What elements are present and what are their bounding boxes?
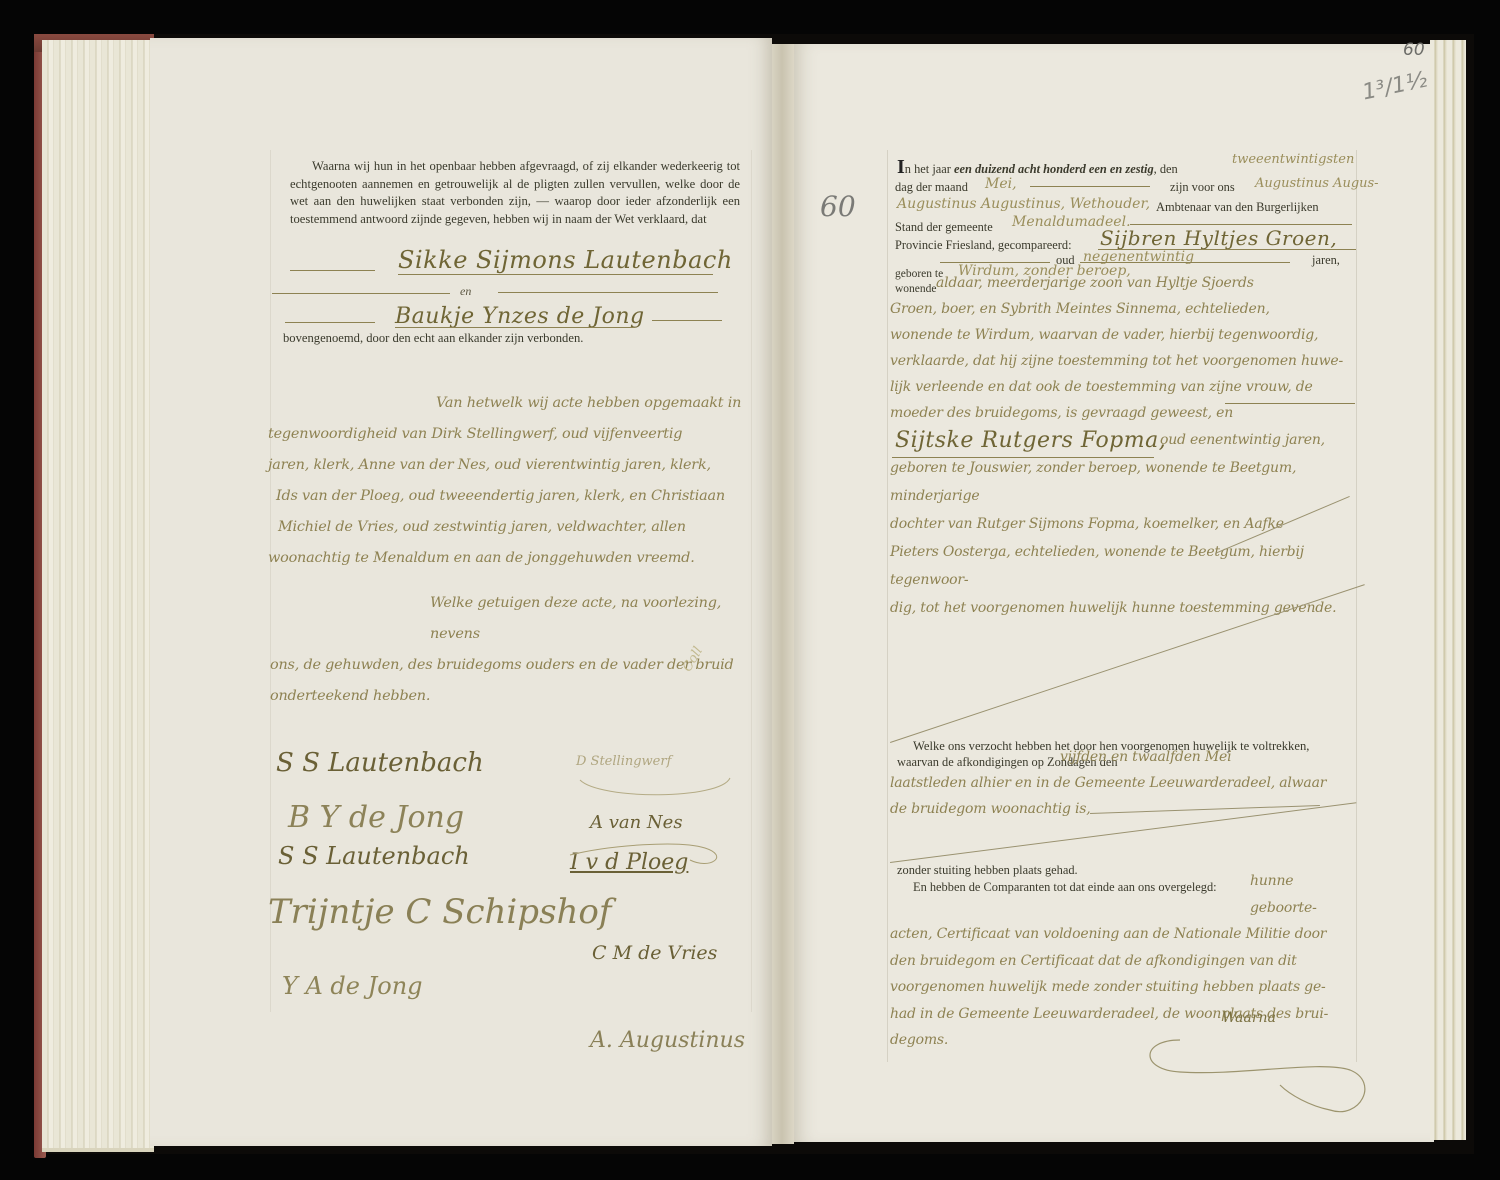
closing-line: ons, de gehuwden, des bruidegoms ouders … [270,650,750,681]
printed-intro-paragraph: Waarna wij hun in het openbaar hebben af… [290,158,740,228]
printed-year: een duizend acht honderd een en zestig [954,162,1154,176]
groom-name-underline [398,274,713,275]
year-label-text: n het jaar [905,162,954,176]
bride-line: oud eenentwintig jaren, [890,426,1355,454]
printed-year-line: IIn het jaarn het jaar een duizend acht … [897,156,1178,179]
banns-line: de bruidegom woonachtig is, [890,796,1355,822]
groom-line: aldaar, meerderjarige zoon van Hyltje Sj… [890,270,1355,296]
groom-name: Sikke Sijmons Lautenbach [398,246,733,274]
page-stack-left [42,40,154,1152]
ambtenaar-label: Ambtenaar van den Burgerlijken [1156,200,1319,215]
signature: C M de Vries [592,942,717,964]
conjunction-en: en [460,284,471,299]
left-text-frame [270,150,752,1012]
day-value: tweeentwintigsten [1232,152,1354,167]
jaren-label: jaren, [1312,253,1340,268]
witness-line: tegenwoordigheid van Dirk Stellingwerf, … [268,419,748,450]
banns-line: laatstleden alhier en in de Gemeente Lee… [890,770,1355,796]
den-label: , den [1154,162,1178,176]
banns-line: vijfden en twaalfden Mei [890,744,1355,770]
day-label: dag der maand [895,180,968,195]
signature: S S Lautenbach [278,842,470,870]
witness-line: Van hetwelk wij acte hebben opgemaakt in [268,388,748,419]
closing-line: Welke getuigen deze acte, na voorlezing,… [270,588,750,650]
signature: B Y de Jong [288,800,464,835]
witness-paragraph: Van hetwelk wij acte hebben opgemaakt in… [268,388,748,574]
groom-line: verklaarde, dat hij zijne toestemming to… [890,348,1355,374]
blank-rule [285,322,375,323]
blank-rule [498,292,718,293]
closing-line: onderteekend hebben. [270,681,750,712]
witness-line: jaren, klerk, Anne van der Nes, oud vier… [268,450,748,481]
bride-line: Pieters Oosterga, echtelieden, wonende t… [890,538,1355,594]
zijn-voor-ons-label: zijn voor ons [1170,180,1235,195]
groom-line: wonende te Wirdum, waarvan de vader, hie… [890,322,1355,348]
signature-flourish [560,760,760,880]
witness-line: Ids van der Ploeg, oud tweeendertig jare… [268,481,748,512]
drop-cap: I [897,156,905,178]
groom-line: Groen, boer, en Sybrith Meintes Sinnema,… [890,296,1355,322]
register-number: 60 [820,190,856,223]
documents-line: acten, Certificaat van voldoening aan de… [890,921,1355,948]
blank-rule [1225,403,1355,404]
witness-line: woonachtig te Menaldum en aan de jonggeh… [268,543,748,574]
bride-line: dig, tot het voorgenomen huwelijk hunne … [890,594,1355,622]
witness-line: Michiel de Vries, oud zestwintig jaren, … [268,512,748,543]
bride-name-underline [395,327,635,328]
documents-line: voorgenomen huwelijk mede zonder stuitin… [890,974,1355,1001]
stand-label: Stand der gemeente [895,220,993,235]
bride-name: Baukje Ynzes de Jong [395,304,645,329]
page-stack-right [1430,40,1466,1140]
blank-rule [290,270,375,271]
official-name-part1: Augustinus Augus- [1255,176,1379,191]
blank-rule [652,320,722,321]
documents-line: den bruidegom en Certificaat dat de afko… [890,948,1355,975]
month-value: Mei, [985,176,1017,192]
closing-paragraph: Welke getuigen deze acte, na voorlezing,… [270,588,750,712]
blank-rule [272,293,450,294]
folio-number: 60 [1403,40,1425,60]
signature: Trijntje C Schipshof [268,892,611,932]
signature: S S Lautenbach [276,748,484,778]
official-name: Augustinus Augustinus, Wethouder, [897,196,1150,212]
signature: A. Augustinus [590,1028,745,1053]
signature: Y A de Jong [282,972,423,1000]
bride-line: geboren te Jouswier, zonder beroep, wone… [890,454,1355,510]
printed-intro-text: Waarna wij hun in het openbaar hebben af… [290,158,740,228]
blank-rule [1030,186,1150,187]
book-gutter [772,44,794,1144]
provincie-label: Provincie Friesland, gecompareerd: [895,238,1072,253]
closing-flourish [1140,1010,1370,1130]
documents-line: hunne geboorte- [890,868,1355,921]
groom-line: lijk verleende en dat ook de toestemming… [890,374,1355,400]
groom-full-name: Sijbren Hyltjes Groen, [1100,226,1337,250]
printed-after-names: bovengenoemd, door den echt aan elkander… [283,330,743,348]
